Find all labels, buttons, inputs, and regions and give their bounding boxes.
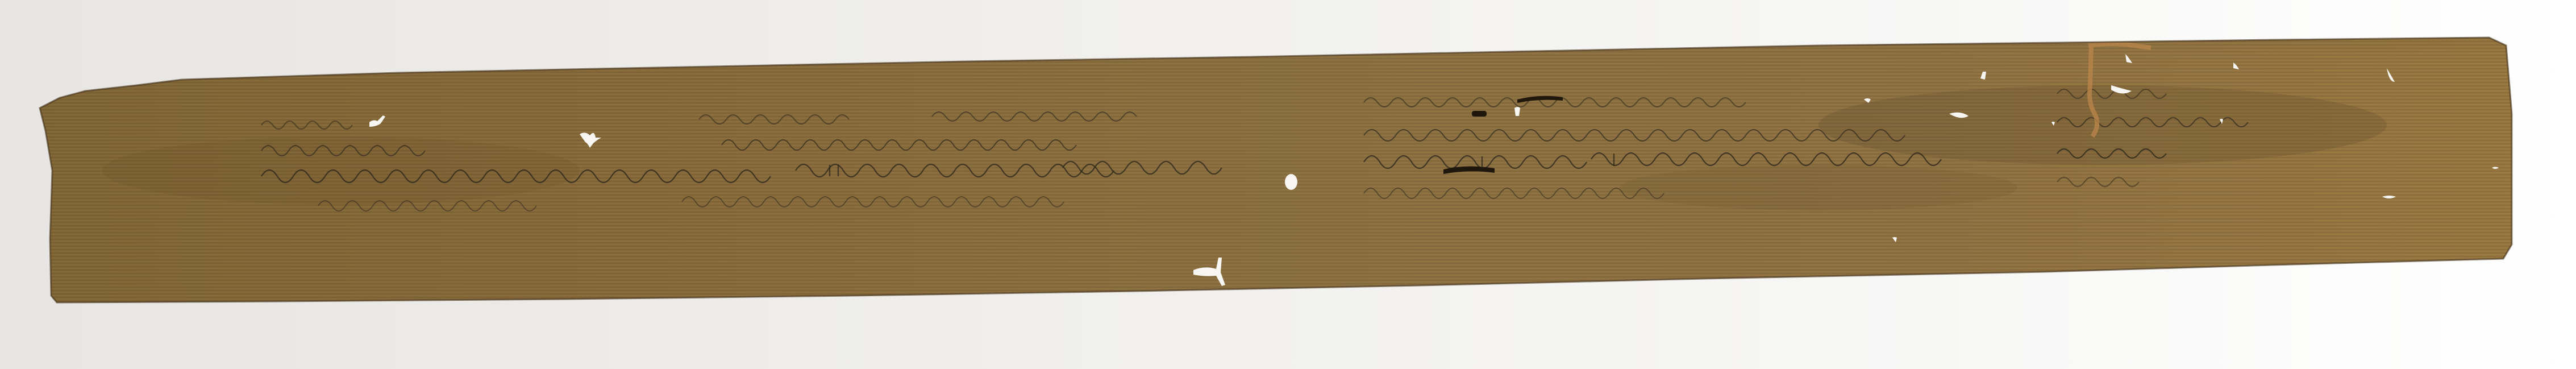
string-hole <box>1285 174 1297 190</box>
palm-leaf <box>0 0 2576 369</box>
manuscript-photo: Palm-leaf manuscript folio <box>0 0 2576 369</box>
